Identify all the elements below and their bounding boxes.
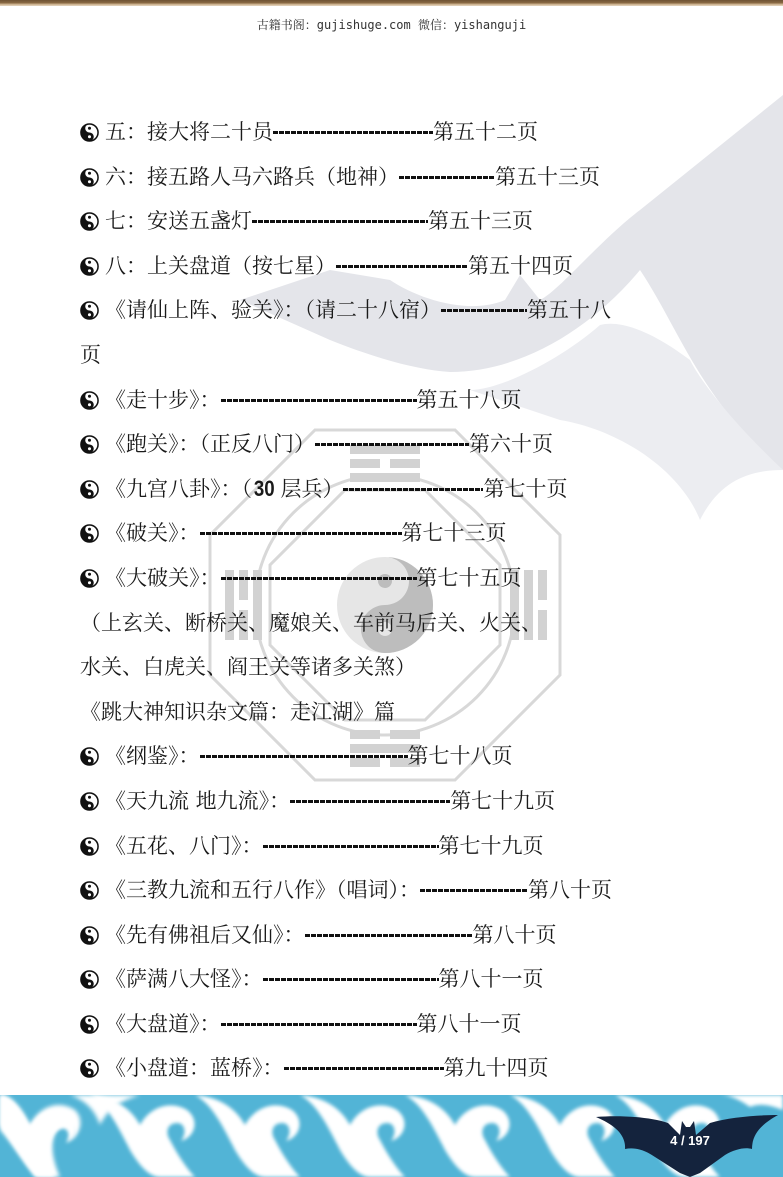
yin-yang-icon [80,168,99,187]
top-border [0,0,783,6]
toc-entry-page: 第九十四页 [444,1056,549,1080]
toc-entry: 六：接五路人马六路兵（地神）第五十三页 [80,158,720,203]
site-header: 古籍书阁：gujishuge.com 微信：yishanguji [0,16,783,33]
dotted-leader [200,532,402,535]
toc-entry: 《大破关》：第七十五页 [80,559,720,604]
dotted-leader [290,800,450,803]
yin-yang-icon [80,1015,99,1034]
yin-yang-icon [80,123,99,142]
toc-entry: 《萨满八大怪》：第八十一页 [80,960,720,1005]
dotted-leader [315,443,469,446]
toc-entry-label: 七：安送五盏灯 [105,209,252,233]
toc-entry: 《先有佛祖后又仙》：第八十页 [80,916,720,961]
toc-entry: 《纲鉴》：第七十八页 [80,737,720,782]
toc-entry-label: 《小盘道：蓝桥》： [105,1056,284,1080]
toc-entry-label: 《天九流 地九流》： [105,789,290,813]
dotted-leader [336,265,468,268]
toc-entry-page: 第五十八 [527,298,611,322]
toc-entry-page: 第八十页 [528,878,612,902]
yin-yang-icon [80,391,99,410]
toc-entry: 《跑关》：（正反八门）第六十页 [80,425,720,470]
toc-entry: 页 [80,336,720,381]
toc-entry-label: 《走十步》： [105,388,221,412]
toc-entry: 《大盘道》：第八十一页 [80,1005,720,1050]
toc-entry-page: 第七十八页 [408,744,513,768]
dotted-leader [420,889,528,892]
toc-entry-label: 页 [80,343,101,367]
toc-entry: 《五花、八门》：第七十九页 [80,827,720,872]
toc-entry-label: 《破关》： [105,521,200,545]
toc-entry: 《天九流 地九流》：第七十九页 [80,782,720,827]
toc-entry-label: 《跑关》：（正反八门） [105,432,315,456]
toc-entry-label-bold: 30 [254,470,275,508]
yin-yang-icon [80,524,99,543]
toc-entry-label: 《大盘道》： [105,1012,221,1036]
dotted-leader [252,220,428,223]
dotted-leader [399,176,495,179]
toc-entry-page: 第七十三页 [402,521,507,545]
yin-yang-icon [80,480,99,499]
toc-entry-label: 八：上关盘道（按七星） [105,254,336,278]
yin-yang-icon [80,301,99,320]
toc-entry-page: 第七十页 [483,477,567,501]
toc-entry-label: 水关、白虎关、阎王关等诸多关煞） [80,655,416,679]
toc-entry-label: 《萨满八大怪》： [105,967,263,991]
yin-yang-icon [80,212,99,231]
toc-entry-page: 第七十九页 [450,789,555,813]
dotted-leader [305,934,473,937]
toc-entry: 《九宫八卦》：（30层兵）第七十页 [80,470,720,515]
toc-entry-label: 《跳大神知识杂文篇：走江湖》篇 [80,700,395,724]
toc-entry-page: 第八十页 [473,923,557,947]
toc-entry: 七：安送五盏灯第五十三页 [80,202,720,247]
yin-yang-icon [80,792,99,811]
dotted-leader [343,488,483,491]
yin-yang-icon [80,837,99,856]
toc-entry-label: 《大破关》： [105,566,221,590]
toc-entry-page: 第七十九页 [439,834,544,858]
dotted-leader [441,309,527,312]
toc-entry: 《三教九流和五行八作》（唱词）：第八十页 [80,871,720,916]
dotted-leader [200,755,408,758]
toc-entry: 水关、白虎关、阎王关等诸多关煞） [80,648,720,693]
toc-entry-label: 《请仙上阵、验关》：（请二十八宿） [105,298,441,322]
dotted-leader [221,399,417,402]
yin-yang-icon [80,881,99,900]
toc-entry-page: 第六十页 [469,432,553,456]
yin-yang-icon [80,1059,99,1078]
yin-yang-icon [80,435,99,454]
toc-entry: 《请仙上阵、验关》：（请二十八宿）第五十八 [80,291,720,336]
toc-entry-page: 第五十四页 [468,254,573,278]
toc-entry-label: 《三教九流和五行八作》（唱词）： [105,878,420,902]
dotted-leader [221,1023,417,1026]
toc-entry-label: 五：接大将二十员 [105,120,273,144]
toc-entry-label: 《五花、八门》： [105,834,263,858]
toc-entry-page: 第五十八页 [417,388,522,412]
toc-entry-page: 第八十一页 [439,967,544,991]
table-of-contents: 五：接大将二十员第五十二页六：接五路人马六路兵（地神）第五十三页七：安送五盏灯第… [80,113,720,1094]
toc-entry-page: 第五十二页 [433,120,538,144]
dotted-leader [263,978,439,981]
yin-yang-icon [80,747,99,766]
toc-entry: 八：上关盘道（按七星）第五十四页 [80,247,720,292]
page-number: 4 / 197 [665,1133,715,1148]
toc-entry-label: 《九宫八卦》：（ [105,477,252,501]
toc-entry: （上玄关、断桥关、魔娘关、车前马后关、火关、 [80,604,720,649]
dotted-leader [284,1067,444,1070]
dotted-leader [221,577,417,580]
yin-yang-icon [80,257,99,276]
toc-entry: 《走十步》：第五十八页 [80,381,720,426]
toc-entry-page: 第七十五页 [417,566,522,590]
toc-entry-label: 层兵） [280,477,343,501]
toc-entry: 《破关》：第七十三页 [80,514,720,559]
toc-entry-label: 《纲鉴》： [105,744,200,768]
yin-yang-icon [80,970,99,989]
toc-entry-label: 六：接五路人马六路兵（地神） [105,165,399,189]
toc-entry: 《小盘道：蓝桥》：第九十四页 [80,1049,720,1094]
yin-yang-icon [80,926,99,945]
toc-entry-page: 第五十三页 [428,209,533,233]
toc-entry-label: 《先有佛祖后又仙》： [105,923,305,947]
dotted-leader [263,845,439,848]
toc-entry-page: 第五十三页 [495,165,600,189]
dotted-leader [273,131,433,134]
toc-entry-label: （上玄关、断桥关、魔娘关、车前马后关、火关、 [80,611,542,635]
toc-entry: 《跳大神知识杂文篇：走江湖》篇 [80,693,720,738]
yin-yang-icon [80,569,99,588]
toc-entry-page: 第八十一页 [417,1012,522,1036]
toc-entry: 五：接大将二十员第五十二页 [80,113,720,158]
